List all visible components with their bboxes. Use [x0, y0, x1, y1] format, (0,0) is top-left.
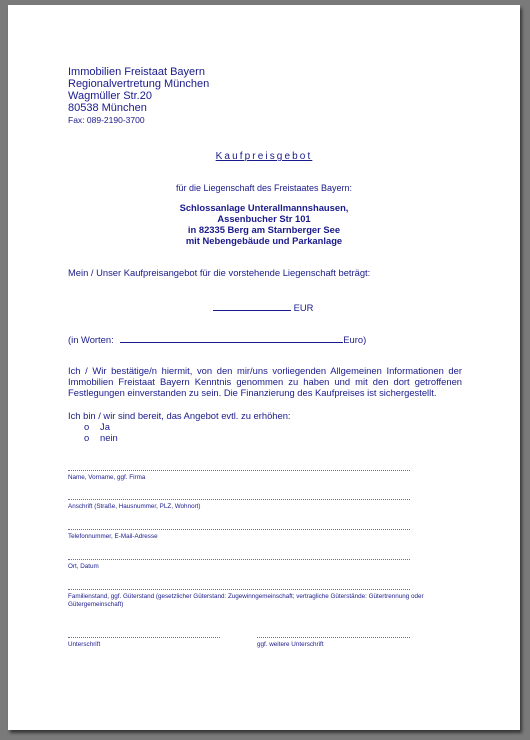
- option-no-label: nein: [100, 432, 118, 443]
- confirmation-paragraph: Ich / Wir bestätige/n hiermit, von den m…: [68, 366, 462, 398]
- words-row: (in Worten: Euro): [68, 333, 366, 345]
- option-yes-label: Ja: [100, 421, 110, 432]
- radio-bullet-icon: o: [84, 432, 100, 443]
- words-prefix: (in Worten:: [68, 334, 114, 345]
- signature-label: Unterschrift: [68, 641, 100, 648]
- amount-field[interactable]: [213, 301, 291, 311]
- words-field[interactable]: [120, 333, 343, 343]
- intro-text: für die Liegenschaft des Freistaates Bay…: [8, 183, 520, 193]
- address-field-label: Anschrift (Straße, Hausnummer, PLZ, Wohn…: [68, 503, 201, 510]
- place-date-field-line[interactable]: [68, 559, 410, 560]
- sender-org: Immobilien Freistaat Bayern: [68, 67, 205, 79]
- amount-currency: EUR: [294, 302, 314, 313]
- address-field-line[interactable]: [68, 499, 410, 500]
- contact-field-line[interactable]: [68, 529, 410, 530]
- name-field-label: Name, Vorname, ggf. Firma: [68, 474, 145, 481]
- sender-city: 80538 München: [68, 103, 147, 115]
- increase-question: Ich bin / wir sind bereit, das Angebot e…: [68, 410, 291, 421]
- sender-office: Regionalvertretung München: [68, 79, 209, 91]
- second-signature-line[interactable]: [257, 637, 410, 638]
- document-title: Kaufpreisgebot: [8, 151, 520, 162]
- property-line-4: mit Nebengebäude und Parkanlage: [8, 236, 520, 247]
- name-field-line[interactable]: [68, 470, 410, 471]
- option-yes[interactable]: oJa: [84, 421, 110, 432]
- marital-status-field-label: Familienstand, ggf. Güterstand (gesetzli…: [68, 593, 468, 609]
- sender-fax: Fax: 089-2190-3700: [68, 115, 145, 127]
- document-page: Immobilien Freistaat Bayern Regionalvert…: [8, 5, 520, 730]
- amount-row: EUR: [213, 301, 313, 313]
- contact-field-label: Telefonnummer, E-Mail-Adresse: [68, 533, 158, 540]
- words-suffix: Euro): [343, 334, 366, 345]
- offer-statement: Mein / Unser Kaufpreisangebot für die vo…: [68, 267, 370, 278]
- radio-bullet-icon: o: [84, 421, 100, 432]
- place-date-field-label: Ort, Datum: [68, 563, 99, 570]
- option-no[interactable]: onein: [84, 432, 118, 443]
- second-signature-label: ggf. weitere Unterschrift: [257, 641, 324, 648]
- sender-street: Wagmüller Str.20: [68, 91, 152, 103]
- signature-line[interactable]: [68, 637, 220, 638]
- marital-status-field-line[interactable]: [68, 589, 410, 590]
